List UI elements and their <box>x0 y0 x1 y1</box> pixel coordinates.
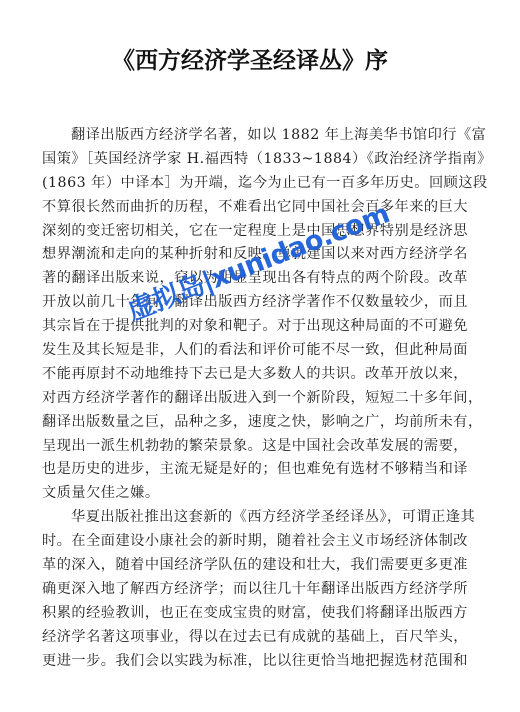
text-line: 华夏出版社推出这套新的《西方经济学圣经译丛》，可谓正逢其 <box>42 506 463 530</box>
text-line: 其宗旨在于提供批判的对象和靶子。对于出现这种局面的不可避免 <box>42 315 463 339</box>
text-line: 更进一步。我们会以实践为标准，比以往更恰当地把握选材范围和 <box>42 650 463 674</box>
text-line: 不算很长然而曲折的历程，不难看出它同中国社会百多年来的巨大 <box>42 196 463 220</box>
text-line: 呈现出一派生机勃勃的繁荣景象。这是中国社会改革发展的需要， <box>42 435 463 459</box>
text-line: 对西方经济学著作的翻译出版进入到一个新阶段，短短二十多年间， <box>42 387 463 411</box>
text-line: 时。在全面建设小康社会的新时期，随着社会主义市场经济体制改 <box>42 530 463 554</box>
page-title: 《西方经济学圣经译丛》序 <box>0 42 500 75</box>
text-line: (1863 年）中译本］为开端，迄今为止已有一百多年历史。回顾这段 <box>42 172 463 196</box>
text-line: 开放以前几十年间，翻译出版西方经济学著作不仅数量较少，而且 <box>42 291 463 315</box>
text-line: 经济学名著这项事业，得以在过去已有成就的基础上，百尺竿头， <box>42 626 463 650</box>
text-line: 确更深入地了解西方经济学；而以往几十年翻译出版西方经济学所 <box>42 578 463 602</box>
text-line: 革的深入，随着中国经济学队伍的建设和壮大，我们需要更多更准 <box>42 554 463 578</box>
text-line: 发生及其长短是非，人们的看法和评价可能不尽一致，但此种局面 <box>42 339 463 363</box>
text-line: 文质量欠佳之嫌。 <box>42 482 463 506</box>
text-line: 翻译出版西方经济学名著，如以 1882 年上海美华书馆印行《富 <box>42 124 463 148</box>
preface-body: 翻译出版西方经济学名著，如以 1882 年上海美华书馆印行《富国策》［英国经济学… <box>42 124 463 673</box>
text-line: 积累的经验教训，也正在变成宝贵的财富，使我们将翻译出版西方 <box>42 602 463 626</box>
text-line: 也是历史的进步，主流无疑是好的；但也难免有选材不够精当和译 <box>42 458 463 482</box>
text-line: 国策》［英国经济学家 H.福西特（1833~1884）《政治经济学指南》 <box>42 148 463 172</box>
text-line: 不能再原封不动地维持下去已是大多数人的共识。改革开放以来， <box>42 363 463 387</box>
text-line: 翻译出版数量之巨，品种之多，速度之快，影响之广，均前所未有， <box>42 411 463 435</box>
